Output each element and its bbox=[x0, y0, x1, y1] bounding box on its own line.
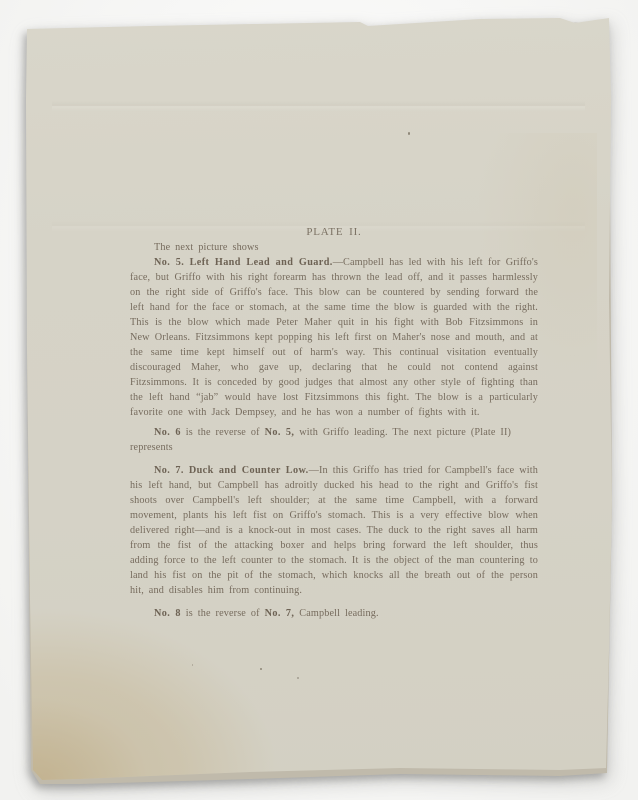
foxing-speck bbox=[408, 132, 410, 135]
intro-line: The next picture shows bbox=[130, 240, 538, 255]
foxing-speck bbox=[260, 668, 262, 670]
paragraph-no8: No. 8 is the reverse of No. 7, Campbell … bbox=[130, 606, 538, 621]
plate-title: PLATE II. bbox=[130, 225, 538, 240]
paper-crease bbox=[52, 101, 585, 111]
text-block: PLATE II. The next picture shows No. 5. … bbox=[130, 225, 538, 621]
foxing-speck bbox=[297, 677, 299, 679]
paragraph-no7: No. 7. Duck and Counter Low.—In this Gri… bbox=[130, 463, 538, 598]
paper-sheet: PLATE II. The next picture shows No. 5. … bbox=[22, 13, 615, 785]
paragraph-no5: No. 5. Left Hand Lead and Guard.—Campbel… bbox=[130, 255, 538, 420]
paragraph-no6: No. 6 is the reverse of No. 5, with Grif… bbox=[130, 425, 538, 455]
photo-background: PLATE II. The next picture shows No. 5. … bbox=[0, 0, 638, 800]
foxing-speck bbox=[192, 664, 193, 666]
scanned-page: PLATE II. The next picture shows No. 5. … bbox=[22, 13, 615, 785]
